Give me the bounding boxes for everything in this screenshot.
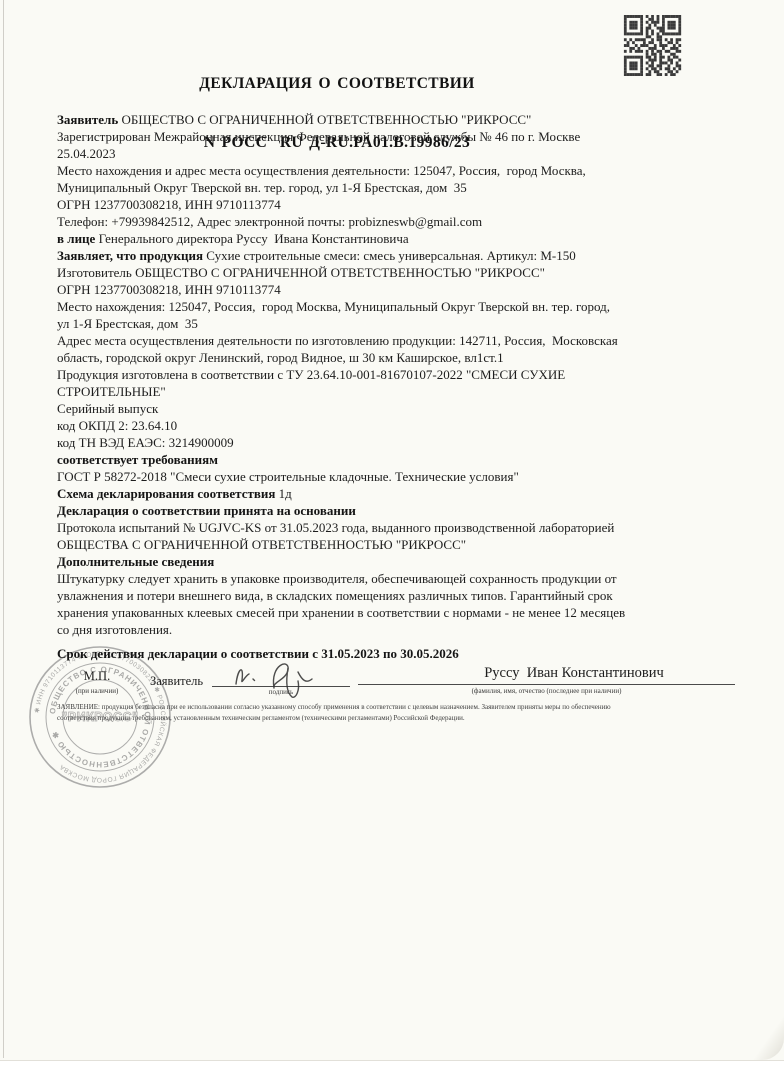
text-line: увлажнения и потери внешнего вида, в скл… xyxy=(57,587,747,604)
text-line: ул 1-Я Брестская, дом 35 xyxy=(57,315,747,332)
text-line: Изготовитель ОБЩЕСТВО С ОГРАНИЧЕННОЙ ОТВ… xyxy=(57,264,747,281)
text-line: ОБЩЕСТВА С ОГРАНИЧЕННОЙ ОТВЕТСТВЕННОСТЬЮ… xyxy=(57,536,747,553)
text-line: Заявитель ОБЩЕСТВО С ОГРАНИЧЕННОЙ ОТВЕТС… xyxy=(57,111,747,128)
text-line: Продукция изготовлена в соответствии с Т… xyxy=(57,366,747,383)
text-line: соответствует требованиям xyxy=(57,451,747,468)
text-line: Муниципальный Округ Тверской вн. тер. го… xyxy=(57,179,747,196)
text-line: Протокола испытаний № UGJVC-KS от 31.05.… xyxy=(57,519,747,536)
text-line: область, городской округ Ленинский, горо… xyxy=(57,349,747,366)
text-line: Серийный выпуск xyxy=(57,400,747,417)
safety-statement-line2: соответствия продукции требованиям, уста… xyxy=(57,713,747,724)
safety-statement: ЗАЯВЛЕНИЕ: продукция безопасна при ее ис… xyxy=(57,702,747,724)
qr-code-modules xyxy=(624,15,681,76)
text-line: Заявляет, что продукция Сухие строительн… xyxy=(57,247,747,264)
text-line: Дополнительные сведения xyxy=(57,553,747,570)
text-line: Декларация о соответствии принята на осн… xyxy=(57,502,747,519)
text-line: код ОКПД 2: 23.64.10 xyxy=(57,417,747,434)
text-line: Место нахождения и адрес места осуществл… xyxy=(57,162,747,179)
text-line: 25.04.2023 xyxy=(57,145,747,162)
text-line: СТРОИТЕЛЬНЫЕ" xyxy=(57,383,747,400)
mp-note: (при наличии) xyxy=(58,687,136,695)
text-line: Телефон: +79939842512, Адрес электронной… xyxy=(57,213,747,230)
scan-edge-left xyxy=(3,0,4,1058)
text-line: в лице Генерального директора Руссу Иван… xyxy=(57,230,747,247)
document-body: Заявитель ОБЩЕСТВО С ОГРАНИЧЕННОЙ ОТВЕТС… xyxy=(57,111,747,638)
mp-label: М.П. xyxy=(58,669,136,684)
mp-block: М.П. (при наличии) xyxy=(58,669,136,695)
applicant-label: Заявитель xyxy=(150,674,203,689)
text-line: ОГРН 1237700308218, ИНН 9710113774 xyxy=(57,281,747,298)
safety-statement-line1: ЗАЯВЛЕНИЕ: продукция безопасна при ее ис… xyxy=(57,702,747,713)
text-line: код ТН ВЭД ЕАЭС: 3214900009 xyxy=(57,434,747,451)
text-line: ГОСТ Р 58272-2018 "Смеси сухие строитель… xyxy=(57,468,747,485)
name-line xyxy=(358,684,735,685)
text-line: хранения упакованных клеевых смесей при … xyxy=(57,604,747,621)
text-line: Зарегистрирован Межрайонная инспекция Фе… xyxy=(57,128,747,145)
qr-code xyxy=(622,15,683,76)
handwritten-signature xyxy=(214,650,364,700)
document-title-line1: ДЕКЛАРАЦИЯ О СООТВЕТСТВИИ xyxy=(57,74,617,94)
scan-edge-bottom xyxy=(0,1060,784,1061)
name-caption: (фамилия, имя, отчество (последнее при н… xyxy=(358,687,735,695)
text-line: Штукатурку следует хранить в упаковке пр… xyxy=(57,570,747,587)
page-corner-curl xyxy=(746,1014,784,1060)
text-line: ОГРН 1237700308218, ИНН 9710113774 xyxy=(57,196,747,213)
applicant-name: Руссу Иван Константинович xyxy=(390,665,758,682)
text-line: Схема декларирования соответствия 1д xyxy=(57,485,747,502)
text-line: Адрес места осуществления деятельности п… xyxy=(57,332,747,349)
text-line: Место нахождения: 125047, Россия, город … xyxy=(57,298,747,315)
scanned-declaration-page: ДЕКЛАРАЦИЯ О СООТВЕТСТВИИ N РОСС RU Д-RU… xyxy=(0,0,784,1079)
text-line: со дня изготовления. xyxy=(57,621,747,638)
